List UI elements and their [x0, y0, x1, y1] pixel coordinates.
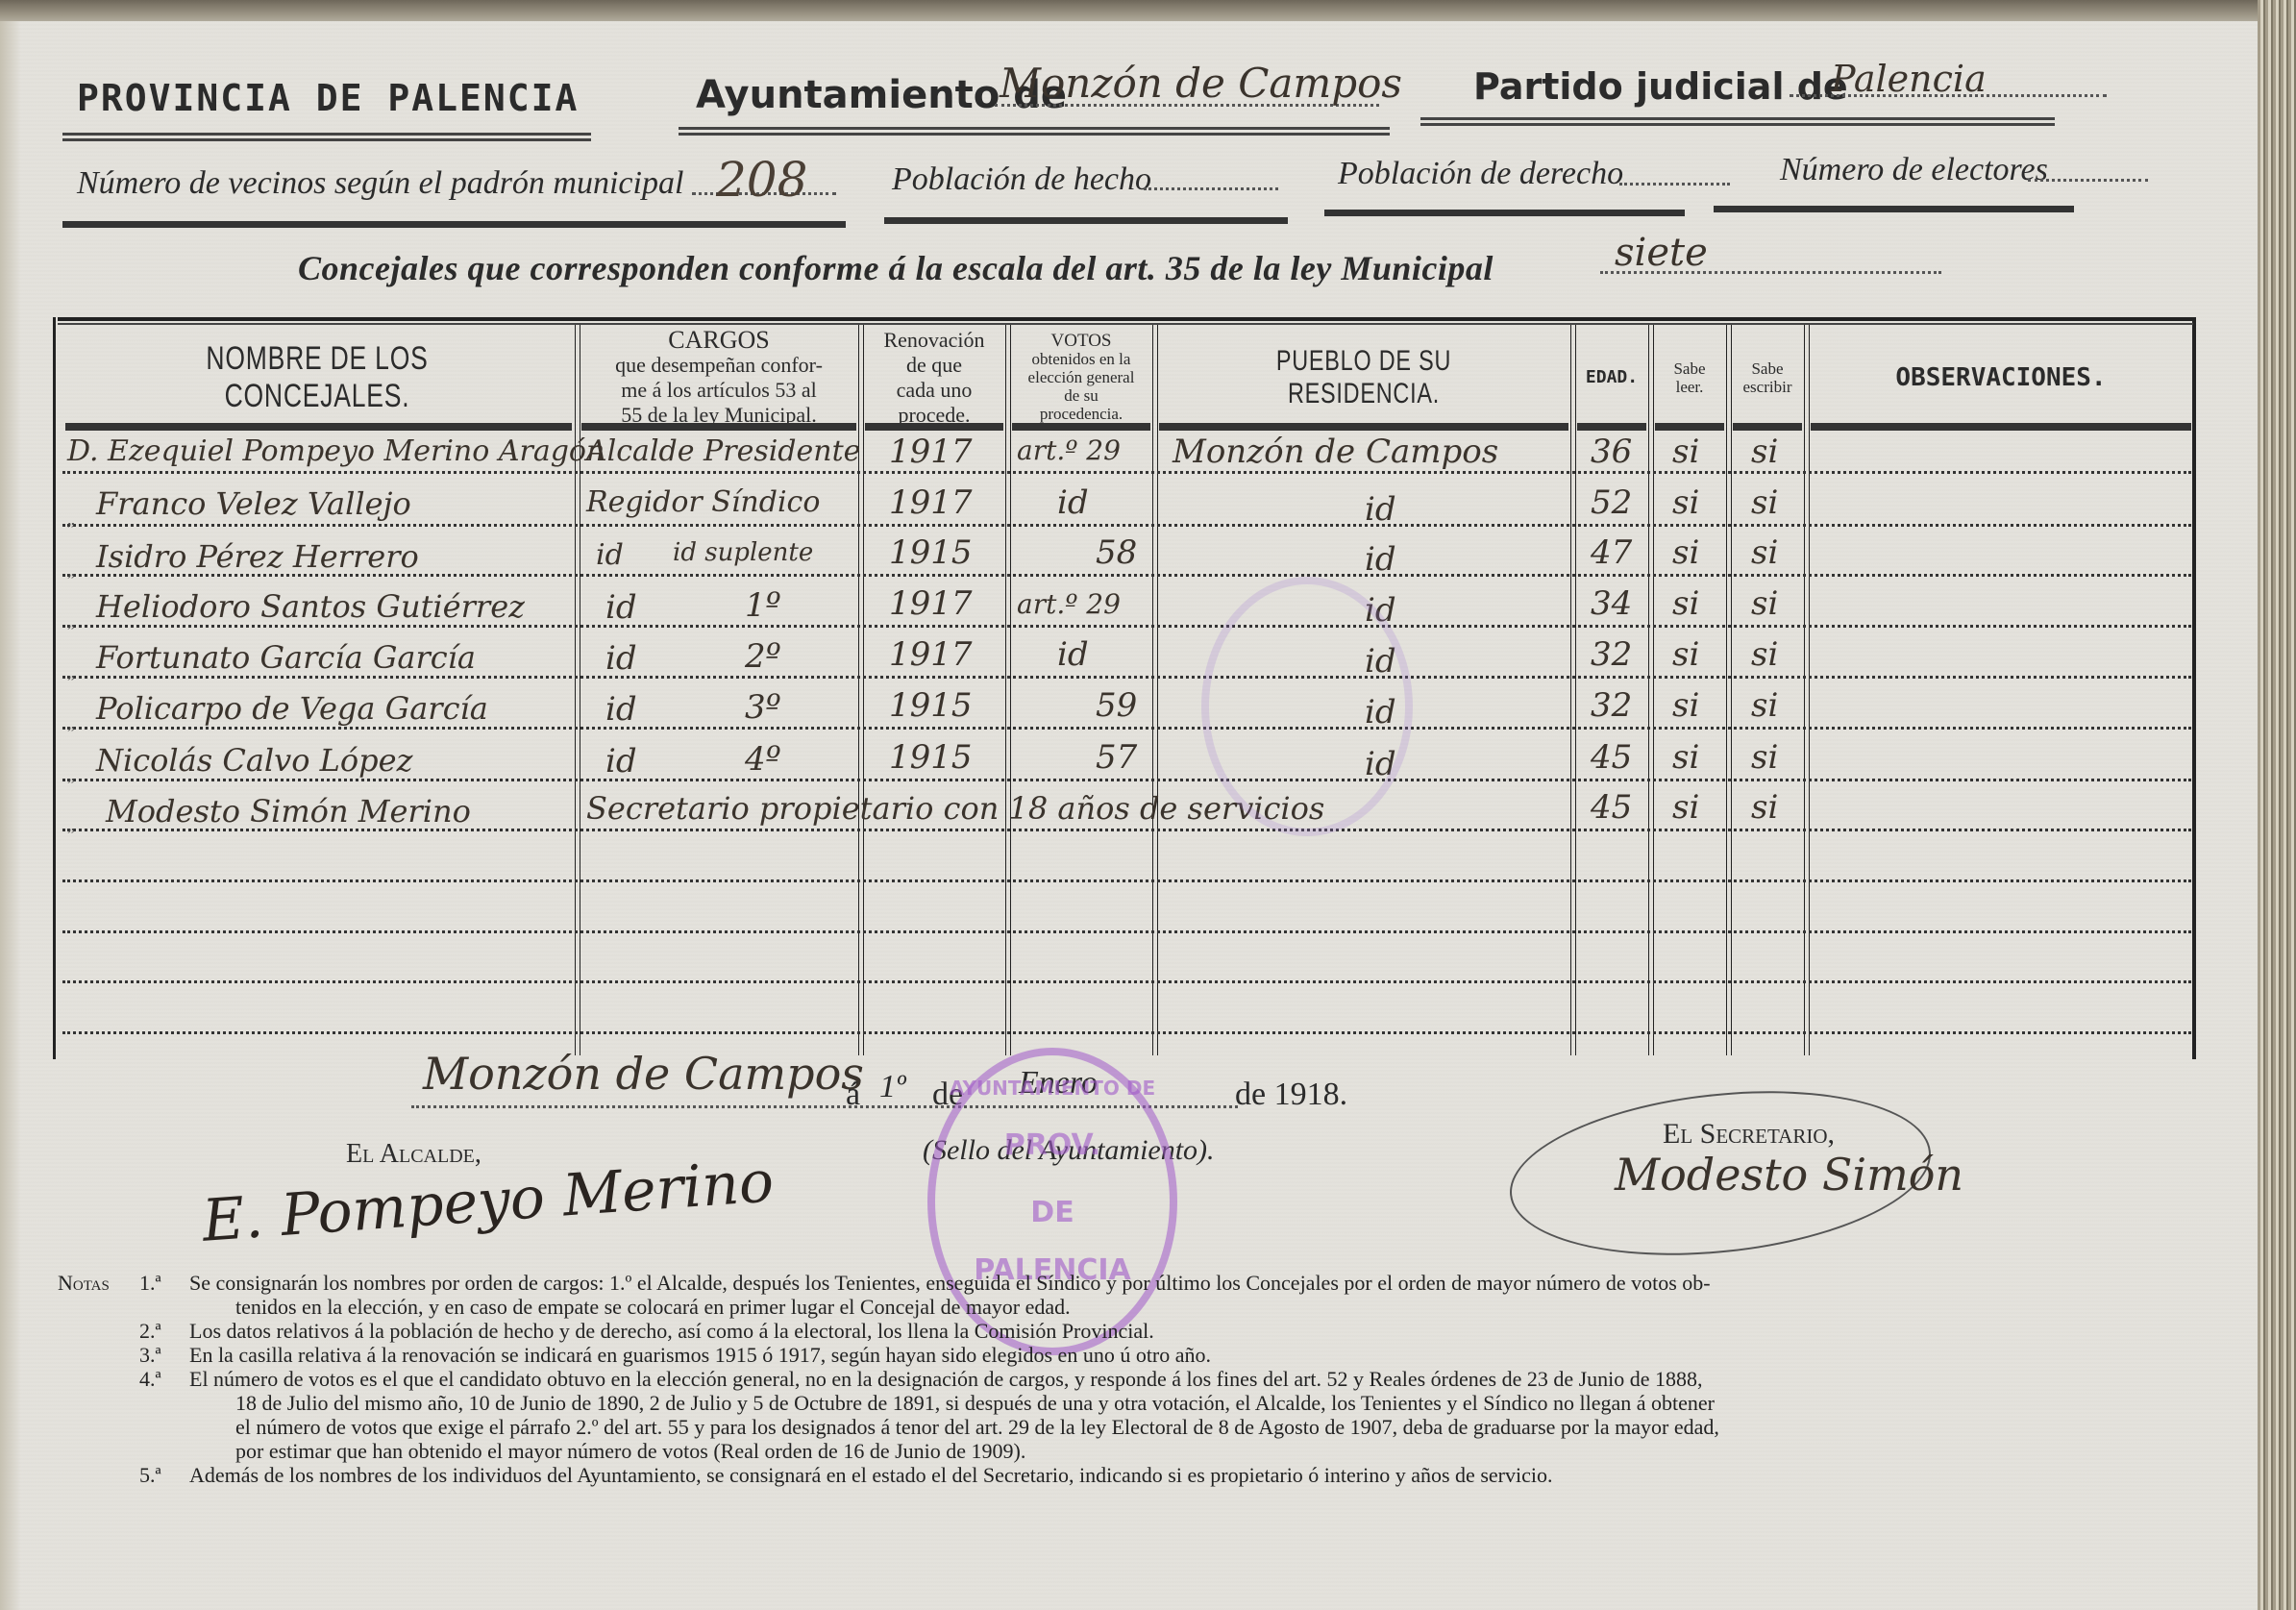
cell-renovacion: 1917 — [889, 584, 973, 623]
cell-cargo: Regidor Síndico — [586, 485, 820, 519]
cell-nombre: Isidro Pérez Herrero — [96, 538, 419, 575]
cell-secretario-note: Secretario propietario con 18 años de se… — [586, 790, 1324, 827]
cell-cargo: id — [605, 690, 637, 729]
cell-cargo-detail: 1º — [745, 586, 781, 625]
note-item: 4.ªEl número de votos es el que el candi… — [139, 1367, 1703, 1391]
date-year: de 1918. — [1235, 1077, 1347, 1113]
cell-renovacion: 1915 — [889, 533, 973, 572]
thick-rule — [1324, 210, 1685, 216]
header-pueblo: PUEBLO DE SU RESIDENCIA. — [1158, 332, 1569, 423]
cell-renovacion: 1917 — [889, 483, 973, 522]
cell-pueblo: Monzón de Campos — [1173, 433, 1498, 471]
thick-rule — [62, 221, 846, 228]
cell-votos: 58 — [1096, 533, 1137, 572]
notes-label: Notas — [58, 1271, 110, 1295]
partido-judicial-label: Partido judicial de — [1473, 65, 1848, 108]
cell-sabe-leer: si — [1672, 483, 1699, 522]
cell-edad: 47 — [1591, 533, 1632, 572]
cell-votos: art.º 29 — [1017, 588, 1121, 620]
cell-votos: 59 — [1096, 686, 1137, 725]
column-divider — [1570, 325, 1576, 1055]
cell-sabe-escribir: si — [1751, 738, 1778, 777]
cell-edad: 34 — [1591, 584, 1632, 623]
ditto-mark: „ — [67, 611, 75, 632]
row-rule — [62, 930, 2191, 933]
row-rule — [62, 879, 2191, 882]
cell-edad: 32 — [1591, 635, 1632, 674]
alcalde-label: El Alcalde, — [346, 1139, 481, 1170]
cell-pueblo: id — [1365, 540, 1396, 579]
cell-votos: id — [1057, 635, 1089, 674]
header-underline — [1733, 423, 1802, 431]
ghost-stamp-impression — [1201, 577, 1413, 836]
date-a: á — [846, 1077, 860, 1113]
cell-pueblo: id — [1365, 490, 1396, 529]
cell-nombre: Nicolás Calvo López — [96, 742, 412, 779]
poblacion-derecho-field[interactable] — [1619, 183, 1730, 186]
note-item: 3.ªEn la casilla relativa á la renovació… — [139, 1343, 1211, 1367]
header-observaciones: OBSERVACIONES. — [1810, 332, 2192, 423]
header-underline — [581, 423, 856, 431]
book-right-edge — [2258, 0, 2296, 1610]
cell-renovacion: 1917 — [889, 635, 973, 674]
concejales-value: siete — [1615, 231, 1708, 275]
cell-nombre: Fortunato García García — [96, 639, 476, 676]
cell-renovacion: 1915 — [889, 738, 973, 777]
thick-rule — [1714, 206, 2074, 212]
column-divider — [1648, 325, 1654, 1055]
ditto-mark: „ — [67, 560, 75, 581]
row-rule — [62, 980, 2191, 983]
row-rule — [62, 625, 2191, 628]
secretario-signature: Modesto Simón — [1615, 1149, 1963, 1201]
cell-sabe-leer: si — [1672, 635, 1699, 674]
header-sabe-leer: Sabe leer. — [1654, 332, 1725, 423]
note-continuation: tenidos en la elección, y en caso de emp… — [235, 1295, 1071, 1319]
column-divider — [1152, 325, 1158, 1055]
ditto-mark: „ — [67, 509, 75, 530]
cell-sabe-escribir: si — [1751, 635, 1778, 674]
table-top-rule — [58, 317, 2193, 325]
ayuntamiento-value: Monzón de Campos — [1000, 60, 1402, 107]
cell-cargo: id — [605, 742, 637, 780]
cell-sabe-leer: si — [1672, 533, 1699, 572]
note-item: 5.ªAdemás de los nombres de los individu… — [139, 1463, 1552, 1487]
header-underline — [1577, 423, 1646, 431]
note-continuation: por estimar que han obtenido el mayor nú… — [235, 1439, 1025, 1463]
row-rule — [62, 727, 2191, 730]
cell-nombre: D. Ezequiel Pompeyo Merino Aragón — [67, 434, 605, 468]
note-continuation: el número de votos que exige el párrafo … — [235, 1415, 1719, 1439]
cell-sabe-escribir: si — [1751, 533, 1778, 572]
cell-edad: 52 — [1591, 483, 1632, 522]
row-rule — [62, 676, 2191, 679]
note-item: 1.ªSe consignarán los nombres por orden … — [139, 1271, 1711, 1295]
row-rule — [62, 779, 2191, 781]
cell-cargo: id — [596, 538, 624, 572]
cell-sabe-escribir: si — [1751, 483, 1778, 522]
cell-cargo: id — [605, 588, 637, 627]
header-underline — [1159, 423, 1568, 431]
place-value: Monzón de Campos — [423, 1048, 864, 1100]
header-renovacion: Renovación de que cada uno procede. — [864, 332, 1004, 423]
cell-cargo: Alcalde Presidente — [586, 434, 860, 468]
header-edad: EDAD. — [1576, 332, 1647, 423]
column-divider — [1804, 325, 1810, 1055]
poblacion-derecho-label: Población de derecho — [1338, 156, 1623, 192]
header-cargos: CARGOS que desempeñan confor- me á los a… — [580, 332, 857, 423]
cell-sabe-leer: si — [1672, 738, 1699, 777]
book-gutter — [0, 21, 21, 1610]
header-sabe-escribir: Sabe escribir — [1732, 332, 1803, 423]
header-underline — [65, 423, 572, 431]
thick-rule — [884, 217, 1288, 224]
cell-votos: 57 — [1096, 738, 1137, 777]
double-rule — [1420, 117, 2055, 126]
cell-sabe-leer: si — [1672, 788, 1699, 827]
secretario-label: El Secretario, — [1663, 1118, 1835, 1151]
header-underline — [865, 423, 1003, 431]
cell-cargo-detail: id suplente — [673, 538, 813, 567]
note-item: 2.ªLos datos relativos á la población de… — [139, 1319, 1154, 1343]
cell-cargo-detail: 2º — [745, 637, 781, 676]
date-day: 1º — [879, 1069, 906, 1105]
cell-edad: 32 — [1591, 686, 1632, 725]
vecinos-label: Número de vecinos según el padrón munici… — [77, 165, 683, 202]
cell-nombre: Modesto Simón Merino — [106, 793, 471, 830]
double-rule — [62, 133, 591, 141]
double-rule — [679, 127, 1390, 136]
cell-renovacion: 1915 — [889, 686, 973, 725]
concejales-label: Concejales que corresponden conforme á l… — [298, 248, 1494, 288]
cell-edad: 36 — [1591, 433, 1632, 471]
ditto-mark: „ — [67, 713, 75, 733]
row-rule — [62, 524, 2191, 527]
province-title: PROVINCIA DE PALENCIA — [77, 77, 579, 119]
row-rule — [62, 471, 2191, 474]
column-divider — [1726, 325, 1732, 1055]
header-underline — [1012, 423, 1150, 431]
partido-judicial-value: Palencia — [1831, 58, 1987, 100]
cell-votos: id — [1057, 483, 1089, 522]
cell-nombre: Heliodoro Santos Gutiérrez — [96, 588, 525, 625]
cell-sabe-escribir: si — [1751, 686, 1778, 725]
note-continuation: 18 de Julio del mismo año, 10 de Junio d… — [235, 1391, 1715, 1415]
cell-nombre: Policarpo de Vega García — [96, 690, 488, 727]
column-divider — [1005, 325, 1011, 1055]
cell-nombre: Franco Velez Vallejo — [96, 485, 411, 522]
cell-cargo-detail: 3º — [745, 688, 781, 727]
electores-label: Número de electores — [1780, 152, 2048, 188]
header-votos: VOTOS obtenidos en la elección general d… — [1011, 332, 1151, 423]
vecinos-value: 208 — [716, 152, 807, 208]
ditto-mark: „ — [67, 815, 75, 835]
cell-votos: art.º 29 — [1017, 434, 1121, 466]
poblacion-hecho-field[interactable] — [1144, 187, 1278, 190]
ditto-mark: „ — [67, 765, 75, 785]
electores-field[interactable] — [2028, 179, 2148, 182]
cell-sabe-escribir: si — [1751, 433, 1778, 471]
header-underline — [1655, 423, 1724, 431]
cell-cargo-detail: 4º — [745, 740, 781, 779]
cell-edad: 45 — [1591, 738, 1632, 777]
row-rule — [62, 1031, 2191, 1034]
header-nombre: NOMBRE DE LOS CONCEJALES. — [62, 332, 572, 423]
cell-sabe-escribir: si — [1751, 584, 1778, 623]
cell-sabe-leer: si — [1672, 686, 1699, 725]
cell-sabe-leer: si — [1672, 584, 1699, 623]
cell-edad: 45 — [1591, 788, 1632, 827]
header-underline — [1811, 423, 2191, 431]
cell-cargo: id — [605, 639, 637, 678]
cell-renovacion: 1917 — [889, 433, 973, 471]
cell-sabe-escribir: si — [1751, 788, 1778, 827]
cell-sabe-leer: si — [1672, 433, 1699, 471]
ditto-mark: „ — [67, 662, 75, 682]
poblacion-hecho-label: Población de hecho — [892, 161, 1151, 198]
